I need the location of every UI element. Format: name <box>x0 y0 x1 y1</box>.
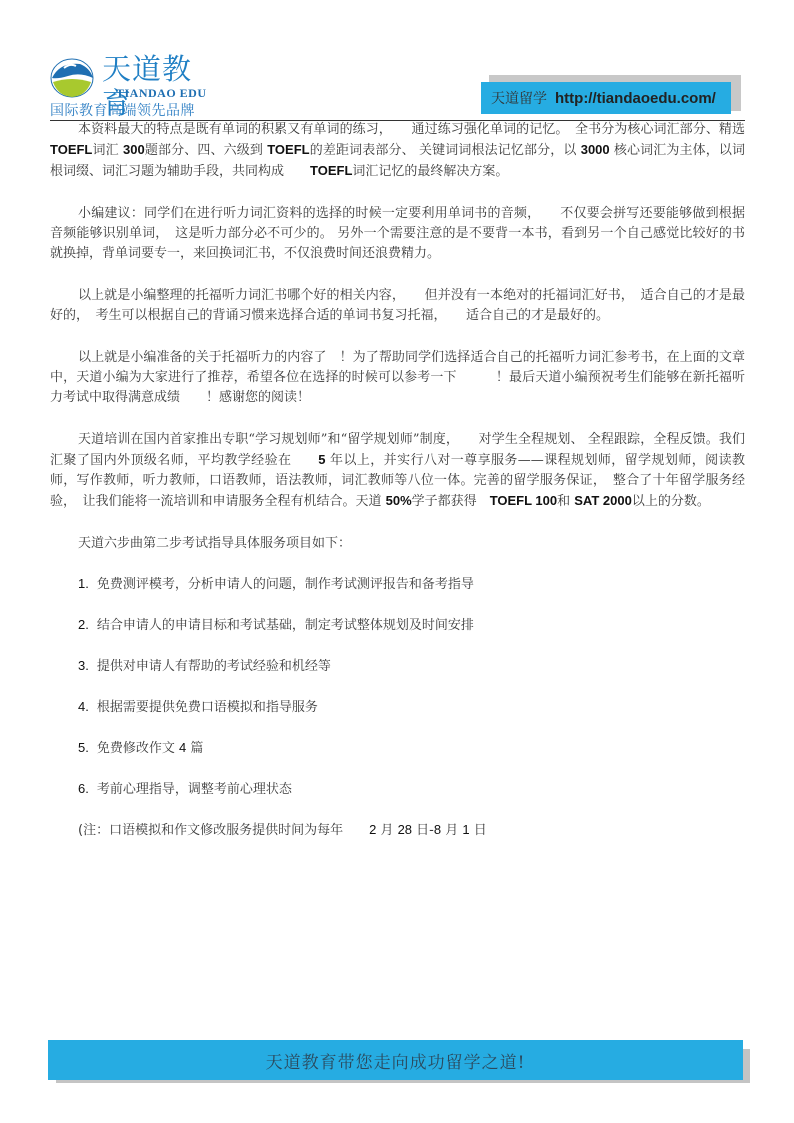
text: 词汇记忆的最终解决方案。 <box>352 164 508 179</box>
text-bold: 300 <box>123 142 145 157</box>
text: (注：口语模拟和作文修改服务提供时间为每年 <box>78 823 369 838</box>
text-number: 28 <box>398 822 412 837</box>
step-number: 2. <box>78 617 89 632</box>
text-bold: 50% <box>386 493 412 508</box>
paragraph-intro: 本资料最大的特点是既有单词的积累又有单词的练习， 通过练习强化单词的记忆。 全书… <box>50 120 745 182</box>
header-banner: 天道留学 http://tiandaoedu.com/ <box>481 82 731 114</box>
document-body: 本资料最大的特点是既有单词的积累又有单词的练习， 通过练习强化单词的记忆。 全书… <box>50 120 745 841</box>
step-text: 考前心理指导，调整考前心理状态 <box>97 782 292 797</box>
footer-slogan: 天道教育带您走向成功留学之道! <box>266 1048 526 1073</box>
logo-name-en: TIANDAO EDU <box>116 86 207 101</box>
paragraph-tiandao-intro: 天道培训在国内首家推出专职“学习规划师”和“留学规划师”制度， 对学生全程规划、… <box>50 430 745 512</box>
step-item: 4.根据需要提供免费口语模拟和指导服务 <box>78 697 745 718</box>
step-text: 提供对申请人有帮助的考试经验和机经等 <box>97 659 331 674</box>
step-number: 5. <box>78 740 89 755</box>
step-number: 1. <box>78 576 89 591</box>
paragraph-suggestion: 小编建议：同学们在进行听力词汇资料的选择的时候一定要利用单词书的音频， 不仅要会… <box>50 204 745 264</box>
text: 和 <box>557 494 574 509</box>
service-note: (注：口语模拟和作文修改服务提供时间为每年 2 月 28 日-8 月 1 日 <box>78 820 745 841</box>
text: 本资料最大的特点是既有单词的积累又有单词的练习， 通过练习强化单词的记忆。 全书… <box>78 122 745 137</box>
text: 词汇 <box>92 143 123 158</box>
step-text: 结合申请人的申请目标和考试基础，制定考试整体规划及时间安排 <box>97 618 474 633</box>
text-bold: SAT 2000 <box>574 493 632 508</box>
logo-slogan: 国际教育高端领先品牌 <box>50 100 195 120</box>
text: 月 <box>376 823 397 838</box>
step-item: 2.结合申请人的申请目标和考试基础，制定考试整体规划及时间安排 <box>78 615 745 636</box>
text-bold: TOEFL 100 <box>490 493 557 508</box>
step-text: 免费测评模考，分析申请人的问题，制作考试测评报告和备考指导 <box>97 577 474 592</box>
step-text: 免费修改作文 <box>97 741 179 756</box>
step-item: 1.免费测评模考，分析申请人的问题，制作考试测评报告和备考指导 <box>78 574 745 595</box>
globe-logo-icon <box>50 58 94 98</box>
text-bold: TOEFL <box>50 142 92 157</box>
paragraph-summary: 以上就是小编整理的托福听力词汇书哪个好的相关内容， 但并没有一本绝对的托福词汇好… <box>50 286 745 326</box>
text-bold: TOEFL <box>310 163 352 178</box>
text-bold: 3000 <box>581 142 610 157</box>
header-banner-label: 天道留学 <box>491 88 547 108</box>
text: 题部分、四、六级到 <box>145 143 268 158</box>
step-text: 根据需要提供免费口语模拟和指导服务 <box>97 700 318 715</box>
tiandao-logo: 天道教育 TIANDAO EDU 国际教育高端领先品牌 <box>48 56 218 118</box>
step-number: 4. <box>78 699 89 714</box>
text: 日- <box>412 823 434 838</box>
text: 月 <box>441 823 462 838</box>
text: 学子都获得 <box>412 494 490 509</box>
text: 的差距词表部分、 关键词词根法记忆部分，以 <box>310 143 581 158</box>
paragraph-closing: 以上就是小编准备的关于托福听力的内容了 ！为了帮助同学们选择适合自己的托福听力词… <box>50 348 745 408</box>
footer-banner: 天道教育带您走向成功留学之道! <box>48 1040 743 1080</box>
header-banner-url[interactable]: http://tiandaoedu.com/ <box>555 90 716 107</box>
text-bold: TOEFL <box>267 142 309 157</box>
text-number: 1 <box>462 822 469 837</box>
step-item: 3.提供对申请人有帮助的考试经验和机经等 <box>78 656 745 677</box>
step-item: 5.免费修改作文 4 篇 <box>78 738 745 759</box>
step-number: 3. <box>78 658 89 673</box>
text: 以上的分数。 <box>632 494 710 509</box>
step-item: 6.考前心理指导，调整考前心理状态 <box>78 779 745 800</box>
step-number: 6. <box>78 781 89 796</box>
step-suffix: 篇 <box>186 741 203 756</box>
steps-title: 天道六步曲第二步考试指导具体服务项目如下： <box>78 534 745 554</box>
text: 日 <box>470 823 487 838</box>
